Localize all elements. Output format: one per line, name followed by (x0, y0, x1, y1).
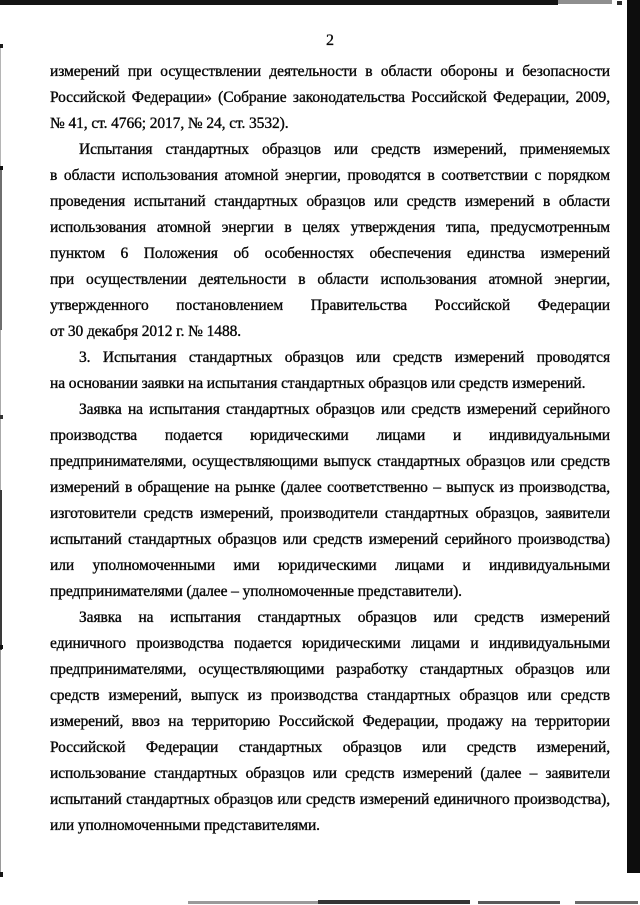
text-line: производства подается юридическими лицам… (50, 423, 610, 449)
scan-artifact-bottom-line (318, 900, 470, 904)
text-line: предпринимателями, осуществляющими выпус… (50, 449, 610, 475)
text-line: в области использования атомной энергии,… (50, 163, 610, 189)
scan-artifact-left-line (0, 168, 2, 330)
text-line: измерений, ввоз на территорию Российской… (50, 709, 610, 735)
scan-artifact-left-line (0, 45, 1, 168)
scan-artifact-left-tick (0, 44, 3, 48)
text-line: Заявка на испытания стандартных образцов… (50, 397, 610, 423)
text-line: Заявка на испытания стандартных образцов… (50, 605, 610, 631)
text-line: утвержденного постановлением Правительст… (50, 293, 610, 319)
scan-artifact-left-tick (0, 872, 3, 877)
text-line: предпринимателями, осуществляющими разра… (50, 657, 610, 683)
scan-artifact-left-line (0, 330, 1, 490)
scan-artifact-bottom-line (575, 901, 638, 904)
text-line: испытаний стандартных образцов или средс… (50, 787, 610, 813)
scan-artifact-right-edge-bar (627, 0, 640, 873)
scan-artifact-bottom-line (478, 901, 560, 904)
scan-artifact-left-line (0, 650, 1, 875)
text-line: измерений в обращение на рынке (далее со… (50, 475, 610, 501)
text-line: или уполномоченными представителями. (50, 813, 610, 839)
text-line: 3. Испытания стандартных образцов или ср… (50, 345, 610, 371)
text-line: или уполномоченными ими юридическими лиц… (50, 553, 610, 579)
text-line: предпринимателями (далее – уполномоченны… (50, 579, 610, 605)
page-number: 2 (50, 32, 610, 50)
text-line: испытаний стандартных образцов или средс… (50, 527, 610, 553)
scan-artifact-left-tick (0, 645, 3, 649)
scan-artifact-left-line (0, 490, 2, 650)
text-line: изготовители средств измерений, производ… (50, 501, 610, 527)
text-line: средств измерений, выпуск из производств… (50, 683, 610, 709)
text-line: пунктом 6 Положения об особенностях обес… (50, 241, 610, 267)
scan-artifact-left-tick (0, 415, 3, 419)
text-line: измерений при осуществлении деятельности… (50, 59, 610, 85)
text-line: Испытания стандартных образцов или средс… (50, 137, 610, 163)
text-line: от 30 декабря 2012 г. № 1488. (50, 319, 610, 345)
text-line: Российской Федерации» (Собрание законода… (50, 85, 610, 111)
scan-artifact-left-tick (0, 166, 3, 170)
scan-artifact-top-bar-light (558, 0, 612, 4)
document-body: измерений при осуществлении деятельности… (50, 59, 610, 839)
scan-artifact-top-dot (617, 1, 622, 5)
text-line: проведения испытаний стандартных образцо… (50, 189, 610, 215)
text-line: использование стандартных образцов или с… (50, 761, 610, 787)
text-line: на основании заявки на испытания стандар… (50, 371, 610, 397)
text-line: № 41, ст. 4766; 2017, № 24, ст. 3532). (50, 111, 610, 137)
scan-artifact-bottom-line (188, 901, 318, 904)
scan-artifact-top-bar (0, 0, 558, 5)
text-line: использования атомной энергии в целях ут… (50, 215, 610, 241)
scanned-document-page: { "page": { "number": "2" }, "document":… (0, 0, 640, 905)
text-line: Российской Федерации стандартных образцо… (50, 735, 610, 761)
text-line: при осуществлении деятельности в области… (50, 267, 610, 293)
text-line: единичного производства подается юридиче… (50, 631, 610, 657)
